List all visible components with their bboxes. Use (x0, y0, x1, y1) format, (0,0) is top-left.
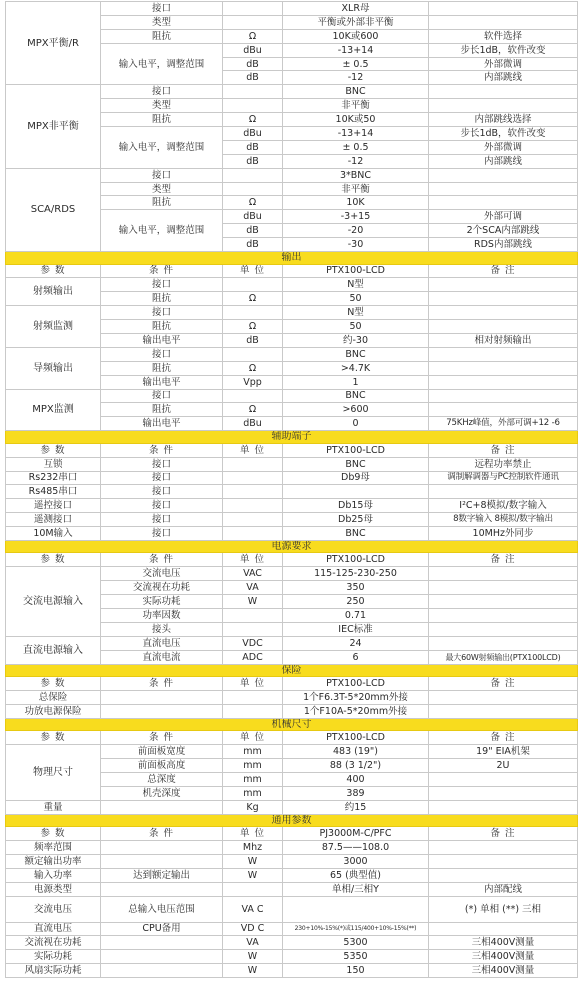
table-row: 交流电源输入 交流电压 VAC 115-125-230-250 (6, 567, 578, 581)
table-row: 重量 Kg 约15 (6, 800, 578, 814)
table-row: 输入功率 达到额定输出 W 65 (典型值) (6, 868, 578, 882)
group-label: SCA/RDS (6, 168, 101, 251)
section-header-mech: 机械尺寸 (6, 718, 578, 731)
column-header-row: 参 数 条 件 单 位 PTX100-LCD 备 注 (6, 443, 578, 457)
section-header-aux: 辅助端子 (6, 431, 578, 444)
table-row: SCA/RDS 接口 3*BNC (6, 168, 578, 182)
table-row: 额定输出功率 W 3000 (6, 854, 578, 868)
section-header-power: 电源要求 (6, 540, 578, 553)
group-label: 直流电源输入 (6, 636, 101, 664)
column-header-row: 参 数 条 件 单 位 PTX100-LCD 备 注 (6, 731, 578, 745)
group-label: 物理尺寸 (6, 745, 101, 801)
table-row: Rs485串口 接口 (6, 485, 578, 499)
table-row: 直流电压 CPU备用 VD C 230+10%-15%(*)或115/400+1… (6, 922, 578, 936)
group-label: MPX监测 (6, 389, 101, 431)
table-row: 交流电压 总输入电压范围 VA C (*) 单相 (**) 三相 (6, 896, 578, 922)
table-row: 导频输出 接口 BNC (6, 347, 578, 361)
table-row: 遥控接口 接口 Db15母 I²C+8模拟/数字输入 (6, 499, 578, 513)
table-row: 互锁 接口 BNC 远程功率禁止 (6, 457, 578, 471)
table-row: Rs232串口 接口 Db9母 调制解调器与PC控制软件通讯 (6, 471, 578, 485)
table-row: 直流电源输入 直流电压 VDC 24 (6, 636, 578, 650)
table-row: 交流视在功耗 VA 5300 三相400V测量 (6, 936, 578, 950)
column-header-row: 参 数 条 件 单 位 PTX100-LCD 备 注 (6, 553, 578, 567)
table-row: 射频输出 接口 N型 (6, 278, 578, 292)
table-row: 功放电源保险 1个F10A-5*20mm外接 (6, 704, 578, 718)
table-row: 实际功耗 W 5350 三相400V测量 (6, 950, 578, 964)
table-row: 物理尺寸 前面板宽度 mm 483 (19") 19" EIA机架 (6, 745, 578, 759)
group-label: MPX非平衡 (6, 85, 101, 168)
table-row: MPX非平衡 接口 BNC (6, 85, 578, 99)
column-header-row: 参 数 条 件 单 位 PTX100-LCD 备 注 (6, 264, 578, 278)
table-row: 射频监测 接口 N型 (6, 306, 578, 320)
table-row: 风扇实际功耗 W 150 三相400V测量 (6, 964, 578, 978)
table-row: 频率范围 Mhz 87.5——108.0 (6, 840, 578, 854)
section-header-general: 通用参数 (6, 814, 578, 827)
section-header-fuse: 保险 (6, 664, 578, 677)
group-label: 导频输出 (6, 347, 101, 389)
column-header-row: 参 数 条 件 单 位 PTX100-LCD 备 注 (6, 677, 578, 691)
table-row: 10M输入 接口 BNC 10MHz外同步 (6, 527, 578, 541)
table-row: 电源类型 单相/三相Y 内部配线 (6, 882, 578, 896)
spec-table: MPX平衡/R 接口 XLR母 类型 平衡或外部非平衡 阻抗 Ω 10K或600… (5, 1, 578, 978)
group-label: MPX平衡/R (6, 2, 101, 85)
table-row: MPX监测 接口 BNC (6, 389, 578, 403)
section-header-output: 输出 (6, 252, 578, 265)
group-label: 射频输出 (6, 278, 101, 306)
table-row: MPX平衡/R 接口 XLR母 (6, 2, 578, 16)
table-row: 总保险 1个F6.3T-5*20mm外接 (6, 690, 578, 704)
column-header-row: 参 数 条 件 单 位 PJ3000M-C/PFC 备 注 (6, 827, 578, 841)
group-label: 射频监测 (6, 306, 101, 348)
group-label: 交流电源输入 (6, 567, 101, 636)
table-row: 遥测接口 接口 Db25母 8数字输入 8模拟/数字输出 (6, 513, 578, 527)
